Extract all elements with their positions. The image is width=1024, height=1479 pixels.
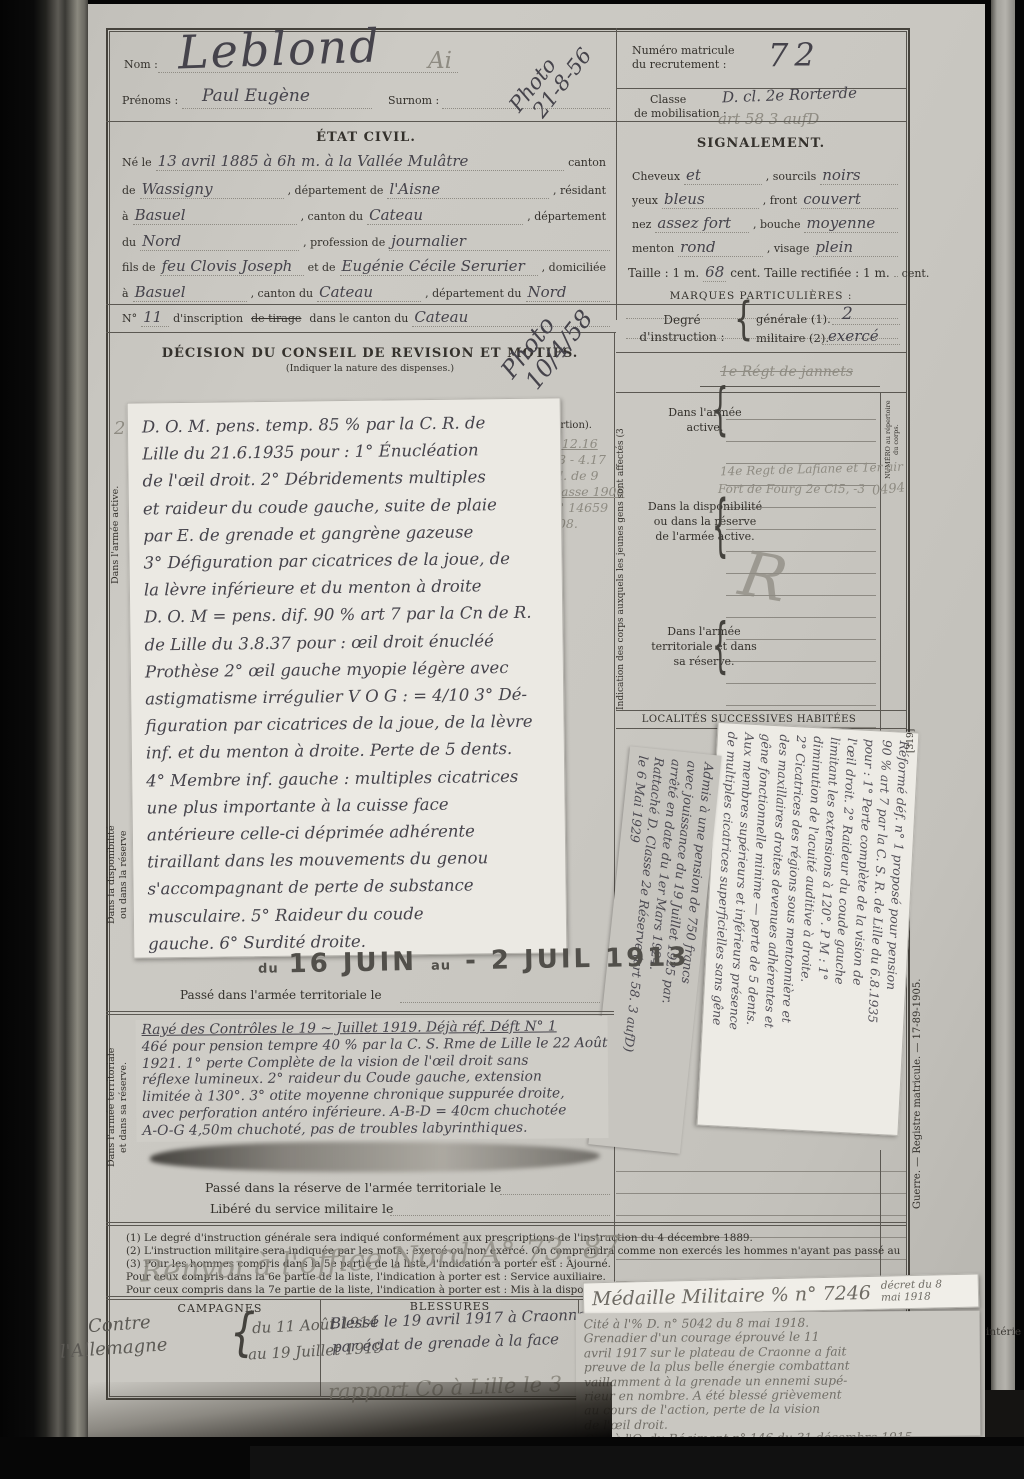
margin-label-armee-active: Dans l'armée active. bbox=[110, 430, 128, 640]
degre-militaire-label: militaire (2). bbox=[756, 331, 829, 345]
medaille-text: Médaille Militaire % n° 7246 bbox=[592, 1282, 871, 1310]
rule-line bbox=[106, 304, 906, 305]
etat-civil-title: ÉTAT CIVIL. bbox=[120, 130, 612, 145]
slip-reforme-text: Réformé déf. n° 1 proposé pour pension90… bbox=[703, 731, 912, 1126]
text-line: 4° Membre inf. gauche : multiples cicatr… bbox=[146, 762, 564, 794]
rule-line bbox=[616, 352, 906, 353]
classe-label-2: de mobilisation : bbox=[634, 107, 727, 120]
classe-label: Classe bbox=[650, 93, 686, 106]
pasted-note-text: D. O. M. pens. temp. 85 % par la C. R. d… bbox=[142, 408, 567, 957]
brace-glyph: { bbox=[734, 293, 753, 346]
annotation-ai: Ai bbox=[428, 48, 452, 74]
indication-corps-vertical-label: Indication des corps auxquels les jeunes… bbox=[616, 395, 632, 743]
rule-line bbox=[822, 344, 900, 345]
brace-glyph: { bbox=[712, 613, 729, 682]
surnom-label: Surnom : bbox=[388, 94, 439, 107]
pasted-note-pension: D. O. M. pens. temp. 85 % par la C. R. d… bbox=[127, 397, 568, 958]
etat-civil-row-profession: du Nord , profession de journalier bbox=[122, 232, 610, 251]
rule-line bbox=[106, 121, 906, 122]
rule-line bbox=[106, 1011, 614, 1012]
margin-label-territoriale: Dans l'armée territoriale et dans sa rés… bbox=[106, 1020, 132, 1195]
citation-text: Cité à l'% D. n° 5042 du 8 mai 1918.Gren… bbox=[584, 1315, 973, 1439]
marques-label: MARQUES PARTICULIÈRES : bbox=[622, 290, 900, 302]
raye-paragraph: Rayé des Contrôles le 19 ~ Juillet 1919.… bbox=[141, 1018, 608, 1140]
degre-label: Degré d'instruction : bbox=[634, 312, 730, 346]
etat-civil-row-residence: à Basuel , canton du Cateau , départemen… bbox=[122, 206, 610, 225]
adjacent-page-text: intérie bbox=[986, 1326, 1021, 1338]
rule-line bbox=[390, 1215, 610, 1216]
rule-line bbox=[832, 324, 900, 325]
rule-line bbox=[880, 392, 881, 744]
signalement-title: SIGNALEMENT. bbox=[622, 136, 900, 151]
matricule-label: Numéro matricule du recrutement : bbox=[632, 44, 735, 73]
scanned-register-page: Nom : Leblond Ai Prénoms : Paul Eugène S… bbox=[0, 0, 1024, 1479]
rule-line bbox=[616, 392, 906, 393]
crossed-out-regiment: 1e Régt de jannets bbox=[720, 364, 853, 380]
page-damage-bottom-left bbox=[88, 1382, 612, 1437]
nom-label: Nom : bbox=[124, 58, 158, 71]
classe-pencil-note: art 58 3 aufD bbox=[718, 110, 819, 128]
medaille-decret: décret du 8 mai 1918 bbox=[881, 1280, 943, 1304]
signalement-row-cheveux: Cheveux et , sourcils noirs bbox=[632, 166, 898, 185]
libere-label: Libéré du service militaire le bbox=[210, 1201, 393, 1216]
dispo-handwriting-2: Fort de Fourg 2e Cl. bbox=[718, 482, 841, 496]
signalement-row-yeux: yeux bleus , front couvert bbox=[632, 190, 898, 209]
bottom-shadow-band bbox=[250, 1446, 1024, 1479]
signalement-row-taille: Taille : 1 m. 68 cent. Taille rectifiée … bbox=[628, 263, 900, 282]
rule-line bbox=[500, 1194, 610, 1195]
etat-civil-row-naissance: Né le 13 avril 1885 à 6h m. à la Vallée … bbox=[122, 152, 610, 171]
rule-line bbox=[182, 108, 372, 109]
campagnes-value-1: Contre bbox=[87, 1312, 151, 1337]
scan-smudge bbox=[150, 1142, 600, 1172]
adjacent-page-edge bbox=[991, 0, 1015, 1410]
rule-line bbox=[106, 1222, 906, 1223]
plate-number: [319] bbox=[906, 724, 920, 758]
etat-civil-row-parents: fils de feu Clovis Joseph et de Eugénie … bbox=[122, 257, 610, 276]
rule-line bbox=[616, 28, 617, 320]
rule-line bbox=[106, 1225, 906, 1226]
brace-glyph: { bbox=[712, 488, 729, 566]
rule-line bbox=[106, 1014, 614, 1015]
prenoms-value-handwritten: Paul Eugène bbox=[202, 86, 310, 106]
rule-line bbox=[400, 1002, 600, 1003]
label-territoriale: Dans l'armée territoriale et dans sa rés… bbox=[648, 625, 760, 670]
rule-line bbox=[616, 710, 906, 711]
book-binding-edge bbox=[0, 0, 88, 1479]
prenoms-label: Prénoms : bbox=[122, 94, 178, 107]
degre-generale-value: 2 bbox=[842, 304, 853, 324]
registre-matricule-vertical: Guerre. — Registre matricule. — 17-89-19… bbox=[912, 978, 928, 1210]
pasted-slip-citation: Cité à l'% D. n° 5042 du 8 mai 1918.Gren… bbox=[576, 1311, 981, 1439]
signalement-row-menton: menton rond , visage plein bbox=[632, 238, 898, 257]
matricule-value-handwritten: 72 bbox=[768, 36, 821, 74]
margin-label-disponibilite: Dans la disponibilité ou dans la réserve bbox=[106, 770, 132, 980]
degre-generale-label: générale (1). bbox=[756, 312, 831, 326]
passe-reserve-label: Passé dans la réserve de l'armée territo… bbox=[205, 1180, 501, 1195]
degre-militaire-value: exercé bbox=[828, 327, 879, 345]
text-line: D. O. M = pens. dif. 90 % art 7 par la C… bbox=[144, 599, 562, 631]
passe-territoriale-label: Passé dans l'armée territoriale le bbox=[180, 988, 382, 1002]
nom-value-handwritten: Leblond bbox=[177, 18, 381, 79]
pasted-slip-reforme: Réformé déf. n° 1 proposé pour pension90… bbox=[697, 722, 920, 1136]
signalement-row-nez: nez assez fort , bouche moyenne bbox=[632, 214, 898, 233]
brace-glyph: { bbox=[712, 378, 729, 444]
label-armee-active: Dans l'armée active. bbox=[650, 406, 760, 436]
text-line: 3° Défiguration par cicatrices de la jou… bbox=[143, 544, 561, 576]
etat-civil-row-canton: de Wassigny , département de l'Aisne , r… bbox=[122, 180, 610, 199]
etat-civil-row-domicile: à Basuel , canton du Cateau , départemen… bbox=[122, 283, 610, 302]
dispo-handwriting-3: 5, -3 bbox=[838, 482, 865, 496]
